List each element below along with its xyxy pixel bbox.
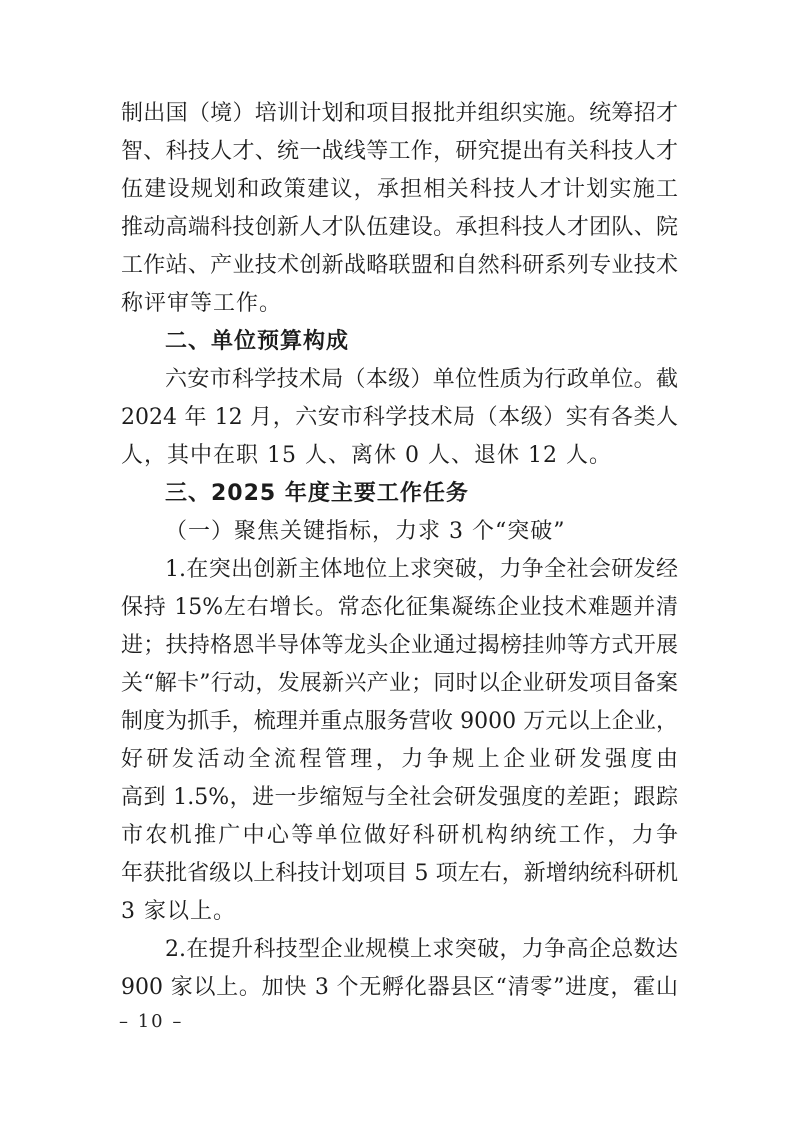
text-line: 高到 1.5%，进一步缩短与全社会研发强度的差距；跟踪辅导 [121,779,678,817]
text-line: 900 家以上。加快 3 个无孵化器县区“清零”进度，霍山县 [121,969,678,1007]
text-line: 称评审等工作。 [121,285,678,323]
text-line: 工作站、产业技术创新战略联盟和自然科研系列专业技术职 [121,247,678,285]
text-line: 好研发活动全流程管理，力争规上企业研发强度由 1.36%提 [121,741,678,779]
document-page: 制出国（境）培训计划和项目报批并组织实施。统筹招才引智、科技人才、统一战线等工作… [0,0,793,1122]
text-line: 3 家以上。 [121,893,678,931]
heading: 二、单位预算构成 [121,323,678,361]
text-line: 关“解卡”行动，发展新兴产业；同时以企业研发项目备案 [121,665,678,703]
text-line: 智、科技人才、统一战线等工作，研究提出有关科技人才队 [121,133,678,171]
text-line: 六安市科学技术局（本级）单位性质为行政单位。截至 [121,361,678,399]
text-line: 2024 年 12 月，六安市科学技术局（本级）实有各类人员 27 [121,399,678,437]
text-line: 2.在提升科技型企业规模上求突破，力争高企总数达到 [121,931,678,969]
text-line: 人，其中在职 15 人、离休 0 人、退休 12 人。 [121,437,678,475]
text-line: 伍建设规划和政策建议，承担相关科技人才计划实施工作， [121,171,678,209]
text-line: 制度为抓手，梳理并重点服务营收 9000 万元以上企业，做 [121,703,678,741]
subheading: （一）聚焦关键指标，力求 3 个“突破” [121,513,678,551]
text-line: 保持 15%左右增长。常态化征集凝练企业技术难题并清单推 [121,589,678,627]
heading: 三、2025 年度主要工作任务 [121,475,678,513]
footer-page-number: – 10 – [119,1008,183,1036]
text-line: 制出国（境）培训计划和项目报批并组织实施。统筹招才引 [121,95,678,133]
text-line: 市农机推广中心等单位做好科研机构纳统工作，力争 2025 [121,817,678,855]
text-line: 推动高端科技创新人才队伍建设。承担科技人才团队、院士 [121,209,678,247]
document-content: 制出国（境）培训计划和项目报批并组织实施。统筹招才引智、科技人才、统一战线等工作… [121,95,678,1007]
text-line: 1.在突出创新主体地位上求突破，力争全社会研发经费 [121,551,678,589]
text-line: 年获批省级以上科技计划项目 5 项左右，新增纳统科研机构 [121,855,678,893]
text-line: 进；扶持格恩半导体等龙头企业通过揭榜挂帅等方式开展攻 [121,627,678,665]
